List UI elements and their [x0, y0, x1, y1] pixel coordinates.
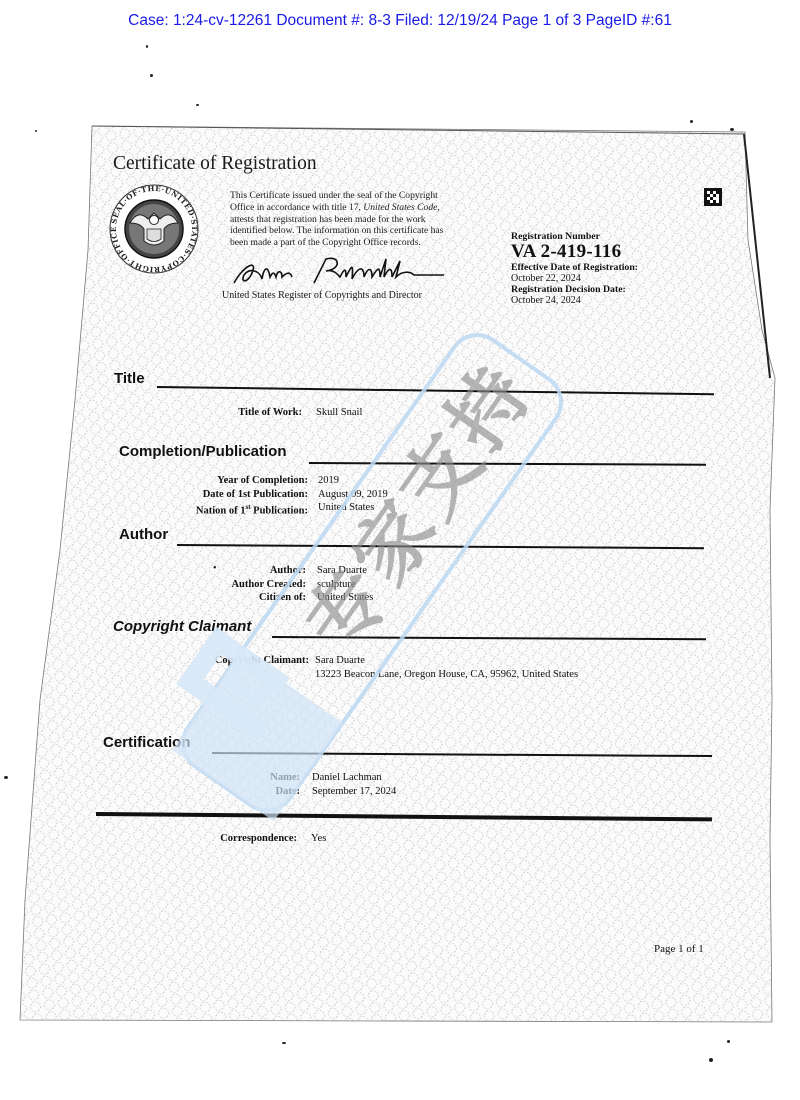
- registration-number: VA 2-419-116: [511, 242, 638, 262]
- field-value-claimant-address: 13223 Beacon Lane, Oregon House, CA, 959…: [315, 668, 578, 682]
- scan-speck: [690, 120, 693, 123]
- section-heading-claimant: Copyright Claimant: [113, 618, 251, 635]
- effective-date-label: Effective Date of Registration:: [511, 262, 638, 273]
- field-label-correspondence: Correspondence:: [220, 832, 297, 846]
- scan-speck: [730, 128, 734, 131]
- signature-icon: [230, 253, 450, 289]
- certificate-intro-text: This Certificate issued under the seal o…: [230, 190, 500, 249]
- scan-speck: [282, 1042, 286, 1044]
- scan-speck: [709, 1058, 713, 1062]
- field-label-author: Author:: [231, 564, 306, 578]
- completion-labels: Year of Completion: Date of 1st Publicat…: [196, 474, 308, 518]
- section-heading-certification: Certification: [103, 734, 191, 751]
- claimant-values: Sara Duarte 13223 Beacon Lane, Oregon Ho…: [315, 654, 578, 681]
- scan-speck: [4, 776, 8, 779]
- certification-values: Daniel Lachman September 17, 2024: [312, 771, 396, 798]
- field-value-citizen-of: United States: [317, 591, 373, 605]
- section-heading-author: Author: [119, 526, 168, 543]
- scan-speck: [727, 1040, 730, 1043]
- certification-labels: Name: Date:: [270, 771, 300, 798]
- copyright-office-seal-icon: SEAL·OF·THE·UNITED·STATES·COPYRIGHT·OFFI…: [108, 183, 200, 275]
- field-label-first-publication-nation: Nation of 1st Publication:: [196, 501, 308, 518]
- decision-date-label: Registration Decision Date:: [511, 284, 638, 295]
- scan-speck: [35, 130, 37, 132]
- page-footer: Page 1 of 1: [654, 943, 704, 955]
- section-heading-title: Title: [114, 370, 145, 387]
- field-label-title-of-work: Title of Work:: [238, 406, 302, 420]
- field-value-title-of-work: Skull Snail: [316, 406, 362, 420]
- signature-caption: United States Register of Copyrights and…: [222, 290, 422, 301]
- scan-speck: [196, 104, 199, 106]
- field-label-author-created: Author Created:: [231, 578, 306, 592]
- scan-speck: [146, 45, 148, 48]
- completion-values: 2019 August 09, 2019 United States: [318, 474, 388, 515]
- effective-date: October 22, 2024: [511, 273, 638, 284]
- field-value-author-created: sculpture: [317, 578, 373, 592]
- section-heading-completion: Completion/Publication: [119, 443, 287, 460]
- field-value-first-publication-nation: United States: [318, 501, 388, 515]
- author-bullet: •: [213, 563, 217, 574]
- field-label-name: Name:: [270, 771, 300, 785]
- scan-speck: [150, 74, 153, 77]
- court-filing-header: Case: 1:24-cv-12261 Document #: 8-3 File…: [0, 12, 800, 30]
- decision-date: October 24, 2024: [511, 295, 638, 306]
- datamatrix-barcode-icon: [704, 188, 722, 206]
- field-value-date: September 17, 2024: [312, 785, 396, 799]
- author-values: Sara Duarte sculpture United States: [317, 564, 373, 605]
- registration-block: Registration Number VA 2-419-116 Effecti…: [511, 231, 638, 306]
- field-value-author: Sara Duarte: [317, 564, 373, 578]
- field-value-correspondence: Yes: [311, 832, 326, 846]
- field-value-year-of-completion: 2019: [318, 474, 388, 488]
- field-label-date: Date:: [270, 785, 300, 799]
- field-value-name: Daniel Lachman: [312, 771, 396, 785]
- field-value-first-publication-date: August 09, 2019: [318, 488, 388, 502]
- certificate-title: Certificate of Registration: [113, 153, 317, 175]
- field-label-copyright-claimant: Copyright Claimant:: [215, 654, 309, 668]
- author-labels: Author: Author Created: Citizen of:: [231, 564, 306, 605]
- field-value-claimant-name: Sara Duarte: [315, 654, 578, 668]
- field-label-citizen-of: Citizen of:: [231, 591, 306, 605]
- field-label-first-publication-date: Date of 1st Publication:: [196, 488, 308, 502]
- field-label-year-of-completion: Year of Completion:: [196, 474, 308, 488]
